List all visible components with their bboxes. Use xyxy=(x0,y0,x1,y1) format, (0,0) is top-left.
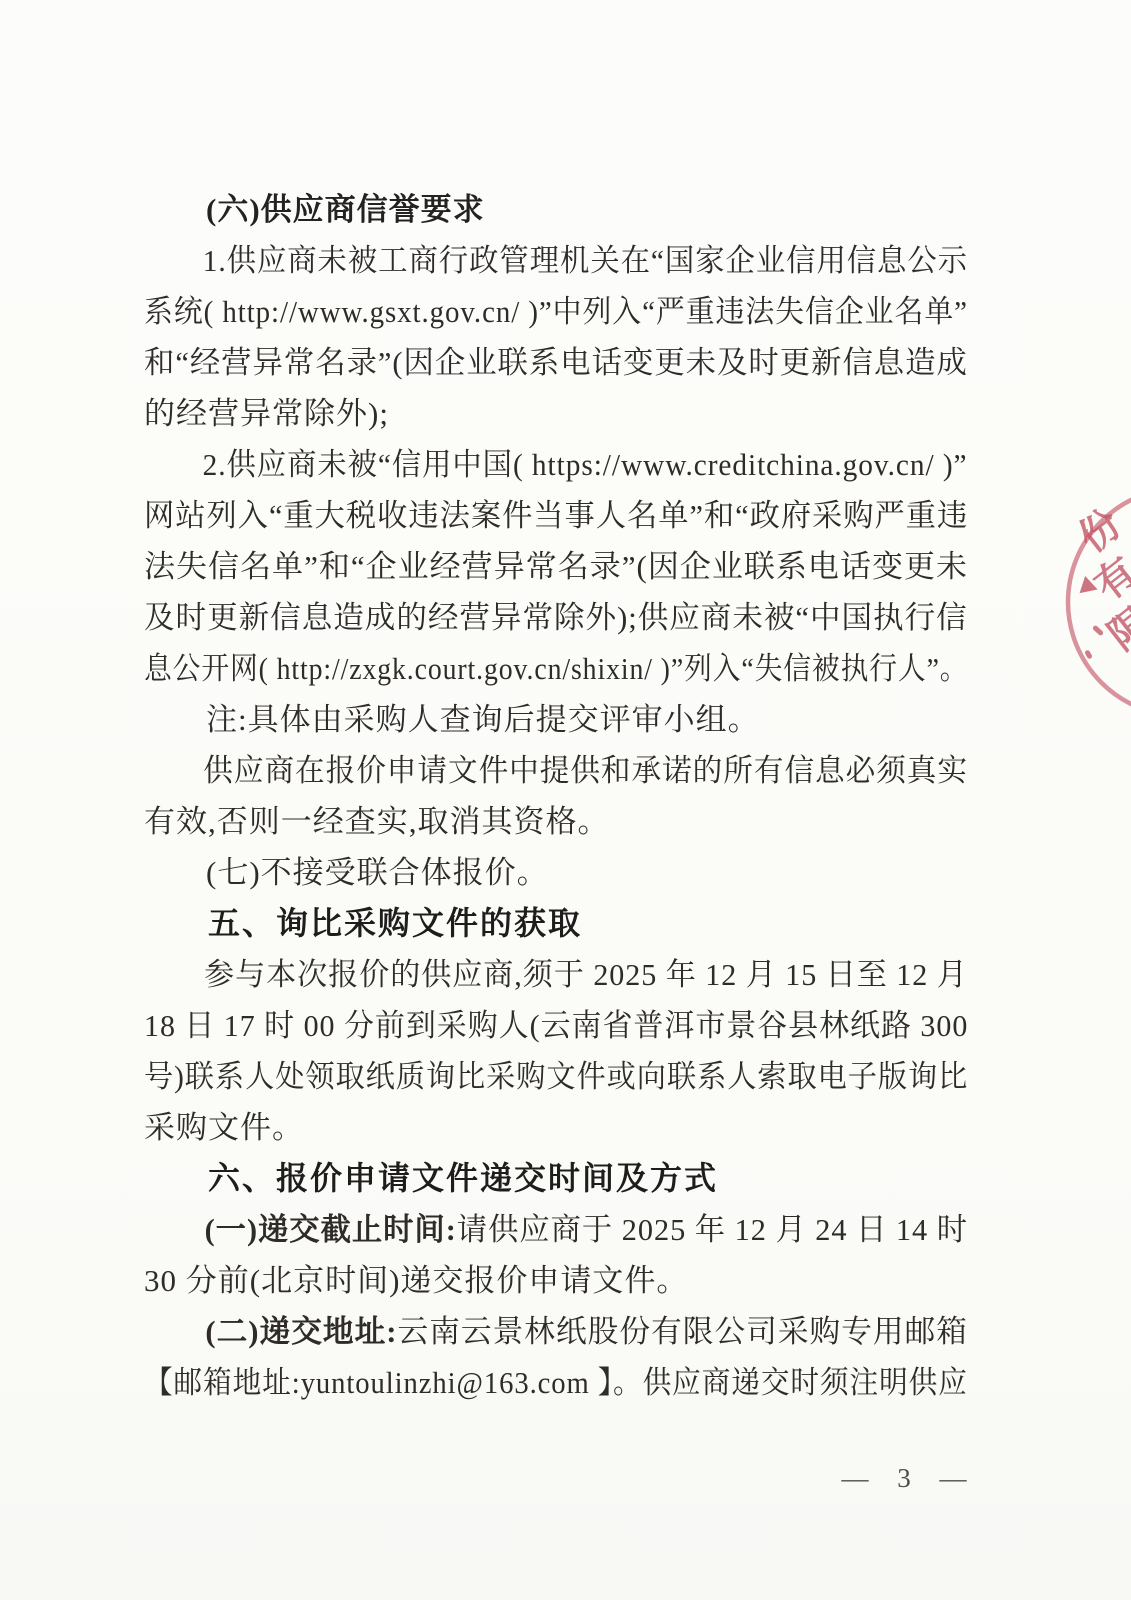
doc-line: 参与本次报价的供应商,须于 2025 年 12 月 15 日至 12 月 xyxy=(144,949,943,1000)
page-number: — 3 — xyxy=(790,1458,1020,1498)
doc-line-text: 云南云景林纸股份有限公司采购专用邮箱 xyxy=(398,1314,968,1349)
section-heading-6-submission-time-method: 六、报价申请文件递交时间及方式 xyxy=(144,1153,968,1204)
doc-line-address: (二)递交地址:云南云景林纸股份有限公司采购专用邮箱 xyxy=(144,1306,960,1357)
doc-line: 1.供应商未被工商行政管理机关在“国家企业信用信息公示 xyxy=(144,235,924,286)
doc-line: 号)联系人处领取纸质询比采购文件或向联系人索取电子版询比 xyxy=(144,1051,920,1102)
doc-line: 18 日 17 时 00 分前到采购人(云南省普洱市景谷县林纸路 300 xyxy=(144,1000,941,1051)
doc-line: 系统( http://www.gsxt.gov.cn/ )”中列入“严重违法失信… xyxy=(144,286,912,337)
doc-line: 和“经营异常名录”(因企业联系电话变更未及时更新信息造成 xyxy=(144,337,951,388)
seal-ink-mark xyxy=(1092,625,1104,637)
doc-line: 法失信名单”和“企业经营异常名录”(因企业联系电话变更未 xyxy=(144,541,968,592)
doc-line: 供应商在报价申请文件中提供和承诺的所有信息必须真实 xyxy=(144,745,932,796)
seal-character: 有 xyxy=(1081,542,1131,612)
section-heading-5-document-acquisition: 五、询比采购文件的获取 xyxy=(144,898,968,949)
doc-line: 2.供应商未被“信用中国( https://www.creditchina.go… xyxy=(144,439,924,490)
seal-character: 份 xyxy=(1065,494,1131,564)
doc-line: 网站列入“重大税收违法案件当事人名单”和“政府采购严重违 xyxy=(144,490,948,541)
red-seal-stamp: 份 有 限 xyxy=(1020,460,1131,760)
doc-line: 的经营异常除外); xyxy=(144,388,968,439)
doc-line-deadline: (一)递交截止时间:请供应商于 2025 年 12 月 24 日 14 时 xyxy=(144,1204,949,1255)
doc-line-text: 请供应商于 2025 年 12 月 24 日 14 时 xyxy=(457,1212,968,1247)
seal-ring-arc xyxy=(1020,460,1131,760)
doc-line-note: 注:具体由采购人查询后提交评审小组。 xyxy=(144,694,968,745)
doc-line: 息公开网( http://zxgk.court.gov.cn/shixin/ )… xyxy=(144,643,882,694)
seal-ink-mark xyxy=(1084,649,1093,659)
doc-line-label: (二)递交地址: xyxy=(205,1314,397,1349)
seal-star-fragment xyxy=(1080,576,1101,598)
doc-line: 及时更新信息造成的经营异常除外);供应商未被“中国执行信 xyxy=(144,592,956,643)
doc-line: 采购文件。 xyxy=(144,1102,968,1153)
doc-line: 30 分前(北京时间)递交报价申请文件。 xyxy=(144,1255,968,1306)
section-heading-6-supplier-credit: (六)供应商信誉要求 xyxy=(144,184,968,235)
doc-line: 【邮箱地址:yuntoulinzhi@163.com 】。供应商递交时须注明供应 xyxy=(144,1357,905,1408)
doc-line-label: (一)递交截止时间: xyxy=(205,1212,457,1247)
seal-character: 限 xyxy=(1095,592,1131,662)
doc-line: 有效,否则一经查实,取消其资格。 xyxy=(144,796,968,847)
doc-line: (七)不接受联合体报价。 xyxy=(144,847,968,898)
document-body: (六)供应商信誉要求 1.供应商未被工商行政管理机关在“国家企业信用信息公示 系… xyxy=(144,184,968,1408)
